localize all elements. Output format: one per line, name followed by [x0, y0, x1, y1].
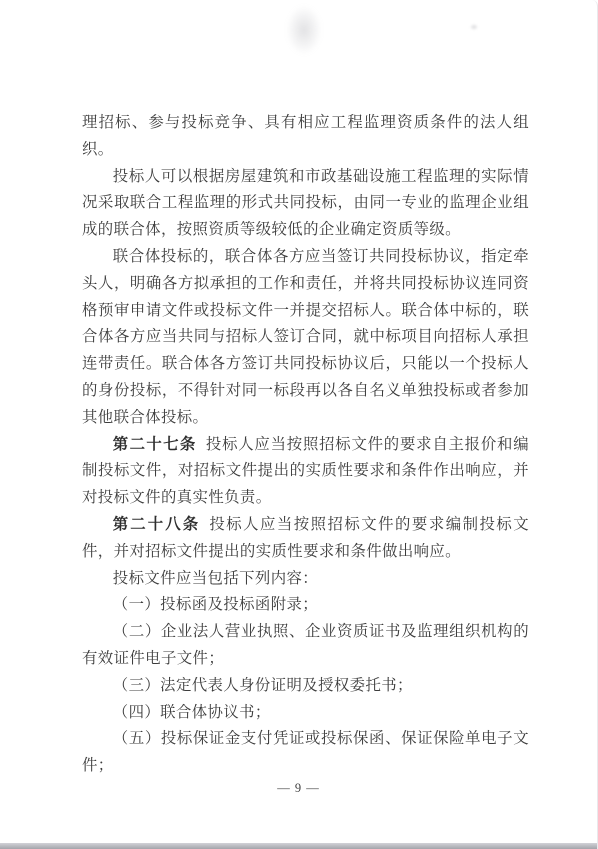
paragraph-list-intro: 投标文件应当包括下列内容： [82, 566, 529, 593]
page-number: — 9 — [0, 781, 597, 796]
paragraph-consortium-bidding: 联合体投标的，联合体各方应当签订共同投标协议，指定牵头人，明确各方拟承担的工作和… [82, 244, 529, 432]
paragraph-article-27: 第二十七条投标人应当按照招标文件的要求自主报价和编制投标文件，对招标文件提出的实… [82, 432, 529, 512]
list-item-4: （四）联合体协议书； [82, 700, 529, 727]
list-item-3: （三）法定代表人身份证明及授权委托书； [82, 673, 529, 700]
scanned-document-viewport: 理招标、参与投标竞争、具有相应工程监理资质条件的法人组织。 投标人可以根据房屋建… [0, 0, 598, 849]
scan-artifact [470, 24, 478, 30]
paragraph-article-28: 第二十八条投标人应当按照招标文件的要求编制投标文件，并对招标文件提出的实质性要求… [82, 512, 529, 566]
paragraph-continuation: 理招标、参与投标竞争、具有相应工程监理资质条件的法人组织。 [82, 110, 529, 164]
scan-artifact [286, 5, 322, 55]
article-27-number: 第二十七条 [113, 436, 197, 453]
list-item-1: （一）投标函及投标函附录； [82, 592, 529, 619]
list-item-5: （五）投标保证金支付凭证或投标保函、保证保险单电子文件； [82, 726, 529, 780]
paragraph-joint-supervision: 投标人可以根据房屋建筑和市政基础设施工程监理的实际情况采取联合工程监理的形式共同… [82, 164, 529, 244]
document-body: 理招标、参与投标竞争、具有相应工程监理资质条件的法人组织。 投标人可以根据房屋建… [82, 110, 529, 780]
document-page: 理招标、参与投标竞争、具有相应工程监理资质条件的法人组织。 投标人可以根据房屋建… [0, 0, 598, 849]
list-item-2: （二）企业法人营业执照、企业资质证书及监理组织机构的有效证件电子文件； [82, 619, 529, 673]
article-28-number: 第二十八条 [113, 516, 200, 533]
page-bottom-edge [0, 843, 597, 849]
